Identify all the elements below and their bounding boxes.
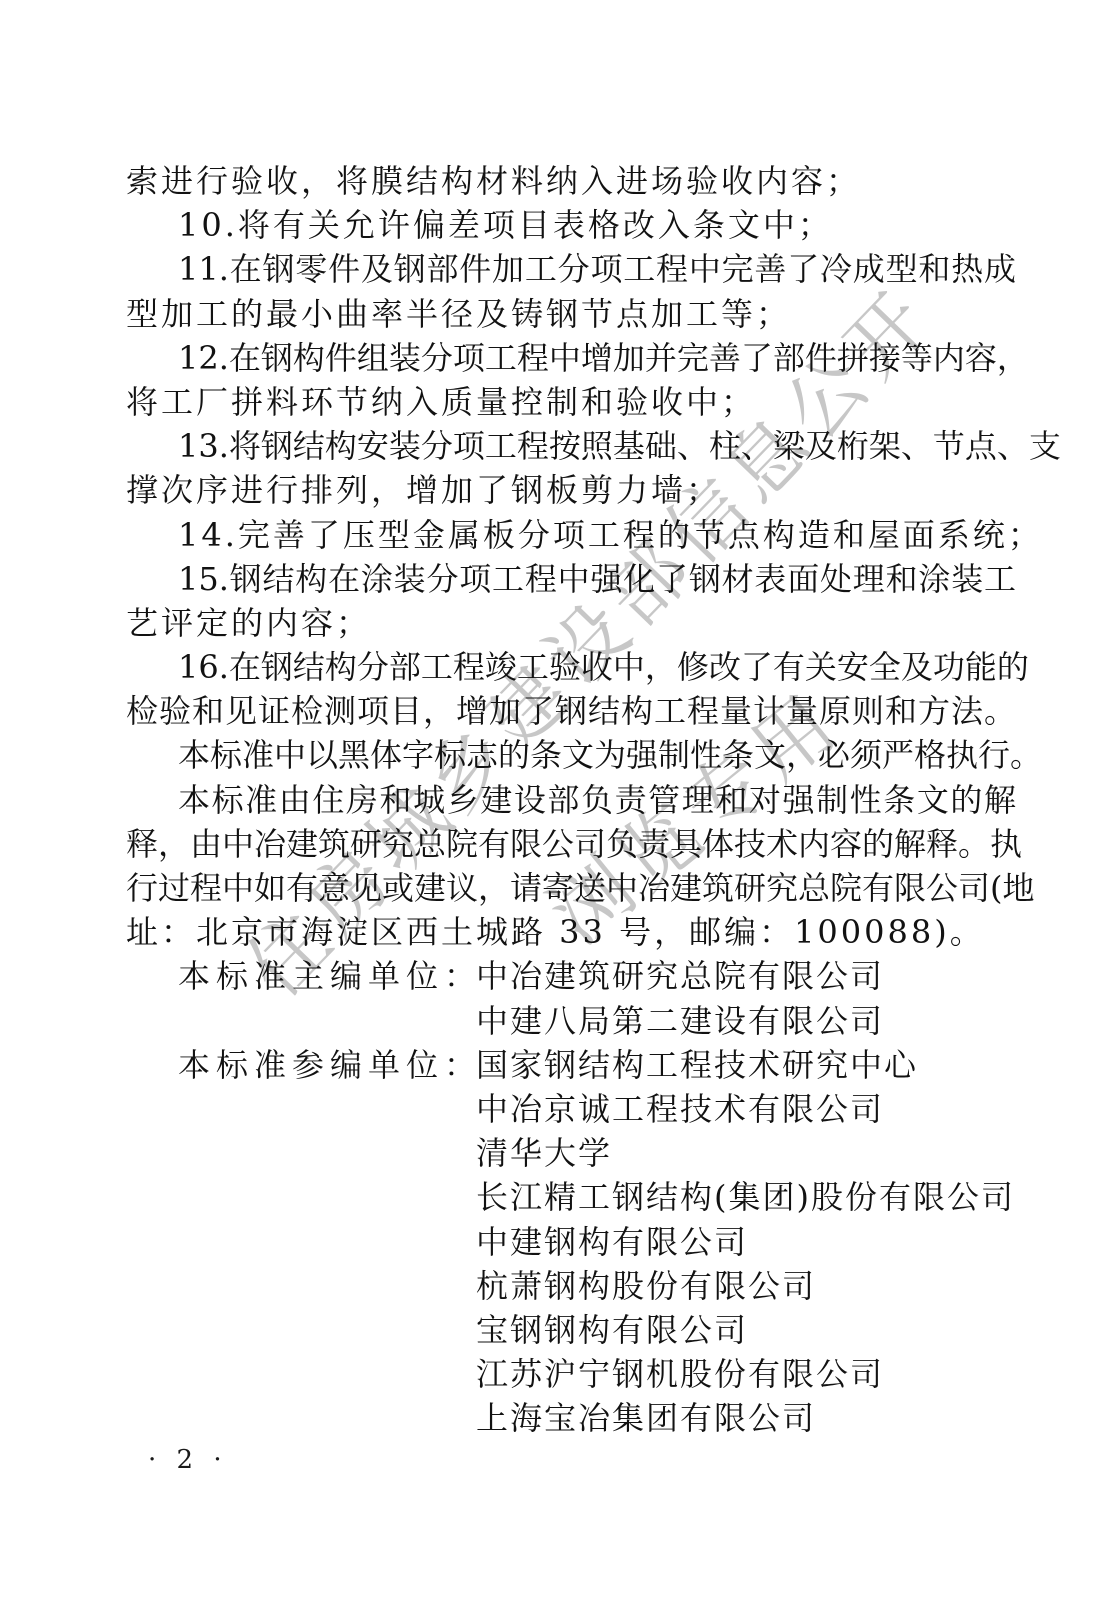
text-line: 行过程中如有意见或建议，请寄送中冶建筑研究总院有限公司(地 <box>126 866 1016 910</box>
org-name: 国家钢结构工程技术研究中心 <box>476 1043 918 1087</box>
text-line: 将工厂拼料环节纳入质量控制和验收中； <box>126 380 1016 424</box>
text-line: 11.在钢零件及钢部件加工分项工程中完善了冷成型和热成 <box>126 247 1016 291</box>
text-line: 13.将钢结构安装分项工程按照基础、柱、梁及桁架、节点、支 <box>126 424 1016 468</box>
text-line: 12.在钢构件组装分项工程中增加并完善了部件拼接等内容， <box>126 336 1016 380</box>
text-line: 14.完善了压型金属板分项工程的节点构造和屋面系统； <box>126 513 1016 557</box>
text-line: 检验和见证检测项目，增加了钢结构工程量计量原则和方法。 <box>126 689 1016 733</box>
text-line: 本标准中以黑体字标志的条文为强制性条文，必须严格执行。 <box>126 733 1016 777</box>
text-line: 索进行验收，将膜结构材料纳入进场验收内容； <box>126 159 1016 203</box>
text-line: 艺评定的内容； <box>126 601 1016 645</box>
org-line: 清华大学 <box>126 1131 1016 1175</box>
org-line: 杭萧钢构股份有限公司 <box>126 1264 1016 1308</box>
chief-editor-label: 本标准主编单位： <box>178 957 482 995</box>
org-line: 中建钢构有限公司 <box>126 1220 1016 1264</box>
text-line: 址：北京市海淀区西土城路 33 号，邮编：100088)。 <box>126 910 1016 954</box>
text-line: 撑次序进行排列，增加了钢板剪力墙； <box>126 468 1016 512</box>
participating-editor-label: 本标准参编单位： <box>178 1046 482 1084</box>
document-page: 住房城乡建设部信息公开 浏览专用 索进行验收，将膜结构材料纳入进场验收内容； 1… <box>0 0 1106 1598</box>
text-line: 16.在钢结构分部工程竣工验收中，修改了有关安全及功能的 <box>126 645 1016 689</box>
chief-editor-line: 本标准主编单位： 中冶建筑研究总院有限公司 <box>126 954 1016 998</box>
org-line: 江苏沪宁钢机股份有限公司 <box>126 1352 1016 1396</box>
body-text: 索进行验收，将膜结构材料纳入进场验收内容； 10.将有关允许偏差项目表格改入条文… <box>126 159 1016 1440</box>
org-line: 中冶京诚工程技术有限公司 <box>126 1087 1016 1131</box>
org-line: 上海宝冶集团有限公司 <box>126 1396 1016 1440</box>
text-line: 释，由中冶建筑研究总院有限公司负责具体技术内容的解释。执 <box>126 822 1016 866</box>
page-number: · 2 · <box>148 1445 228 1475</box>
org-name: 中冶建筑研究总院有限公司 <box>476 954 884 998</box>
participating-editor-line: 本标准参编单位： 国家钢结构工程技术研究中心 <box>126 1043 1016 1087</box>
text-line: 本标准由住房和城乡建设部负责管理和对强制性条文的解 <box>126 778 1016 822</box>
org-line: 长江精工钢结构(集团)股份有限公司 <box>126 1175 1016 1219</box>
text-line: 15.钢结构在涂装分项工程中强化了钢材表面处理和涂装工 <box>126 557 1016 601</box>
org-line: 宝钢钢构有限公司 <box>126 1308 1016 1352</box>
text-line: 型加工的最小曲率半径及铸钢节点加工等； <box>126 292 1016 336</box>
text-line: 10.将有关允许偏差项目表格改入条文中； <box>126 203 1016 247</box>
org-line: 中建八局第二建设有限公司 <box>126 999 1016 1043</box>
